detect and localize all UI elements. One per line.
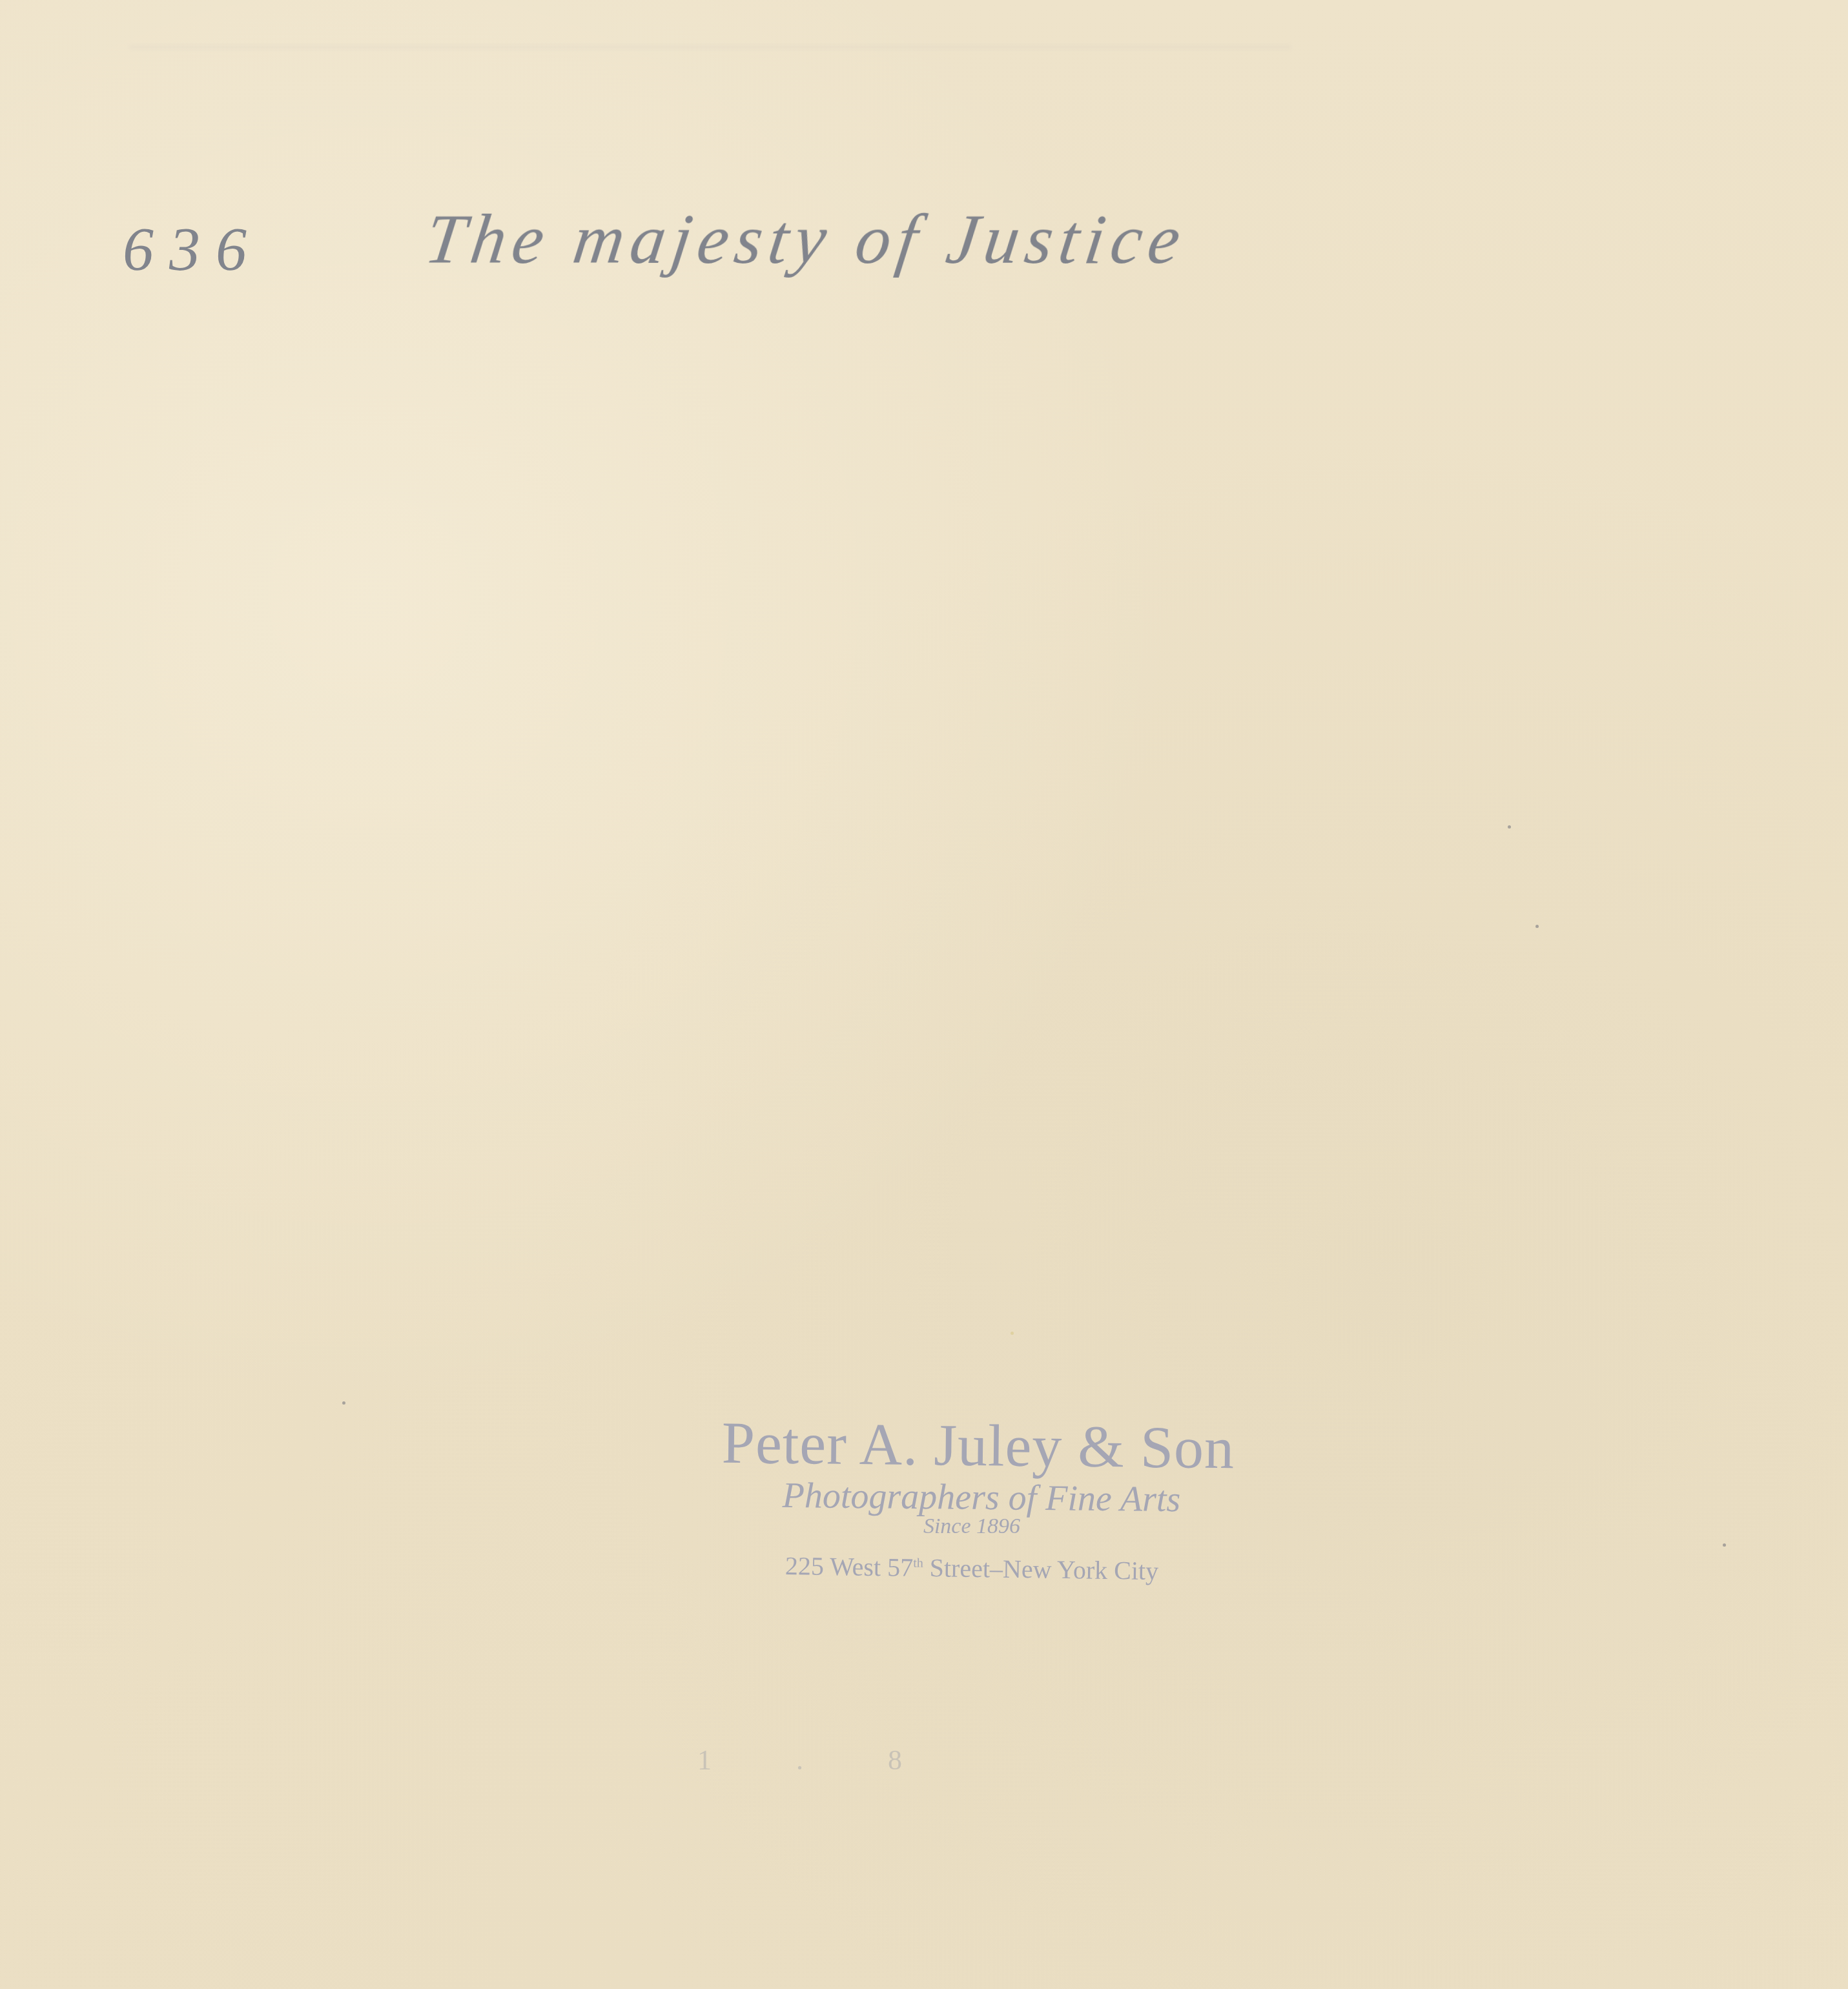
inventory-number: 636 [123, 213, 262, 285]
paper-speck [1535, 925, 1539, 928]
address-number: 225 West 57 [785, 1551, 914, 1582]
faded-top-writing [129, 0, 1291, 49]
address-rest: Street–New York City [923, 1553, 1158, 1585]
studio-tagline: Photographers of Fine Arts [672, 1476, 1292, 1519]
artwork-title: The majesty of Justice [420, 200, 1191, 280]
paper-speck [1508, 825, 1511, 829]
paper-speck [1723, 1543, 1726, 1547]
address-ordinal: th [913, 1556, 923, 1570]
paper-speck [342, 1401, 345, 1405]
faint-pencil-mark: 1 . 8 [697, 1744, 941, 1777]
studio-since: Since 1896 [652, 1516, 1291, 1538]
studio-address: 225 West 57th Street–New York City [652, 1551, 1291, 1586]
photographer-stamp: Peter A. Juley & Son Photographers of Fi… [672, 1414, 1291, 1582]
paper-speck [1011, 1332, 1014, 1335]
studio-name: Peter A. Juley & Son [665, 1411, 1292, 1480]
photo-verso: 636 The majesty of Justice Peter A. Jule… [0, 0, 1848, 1989]
